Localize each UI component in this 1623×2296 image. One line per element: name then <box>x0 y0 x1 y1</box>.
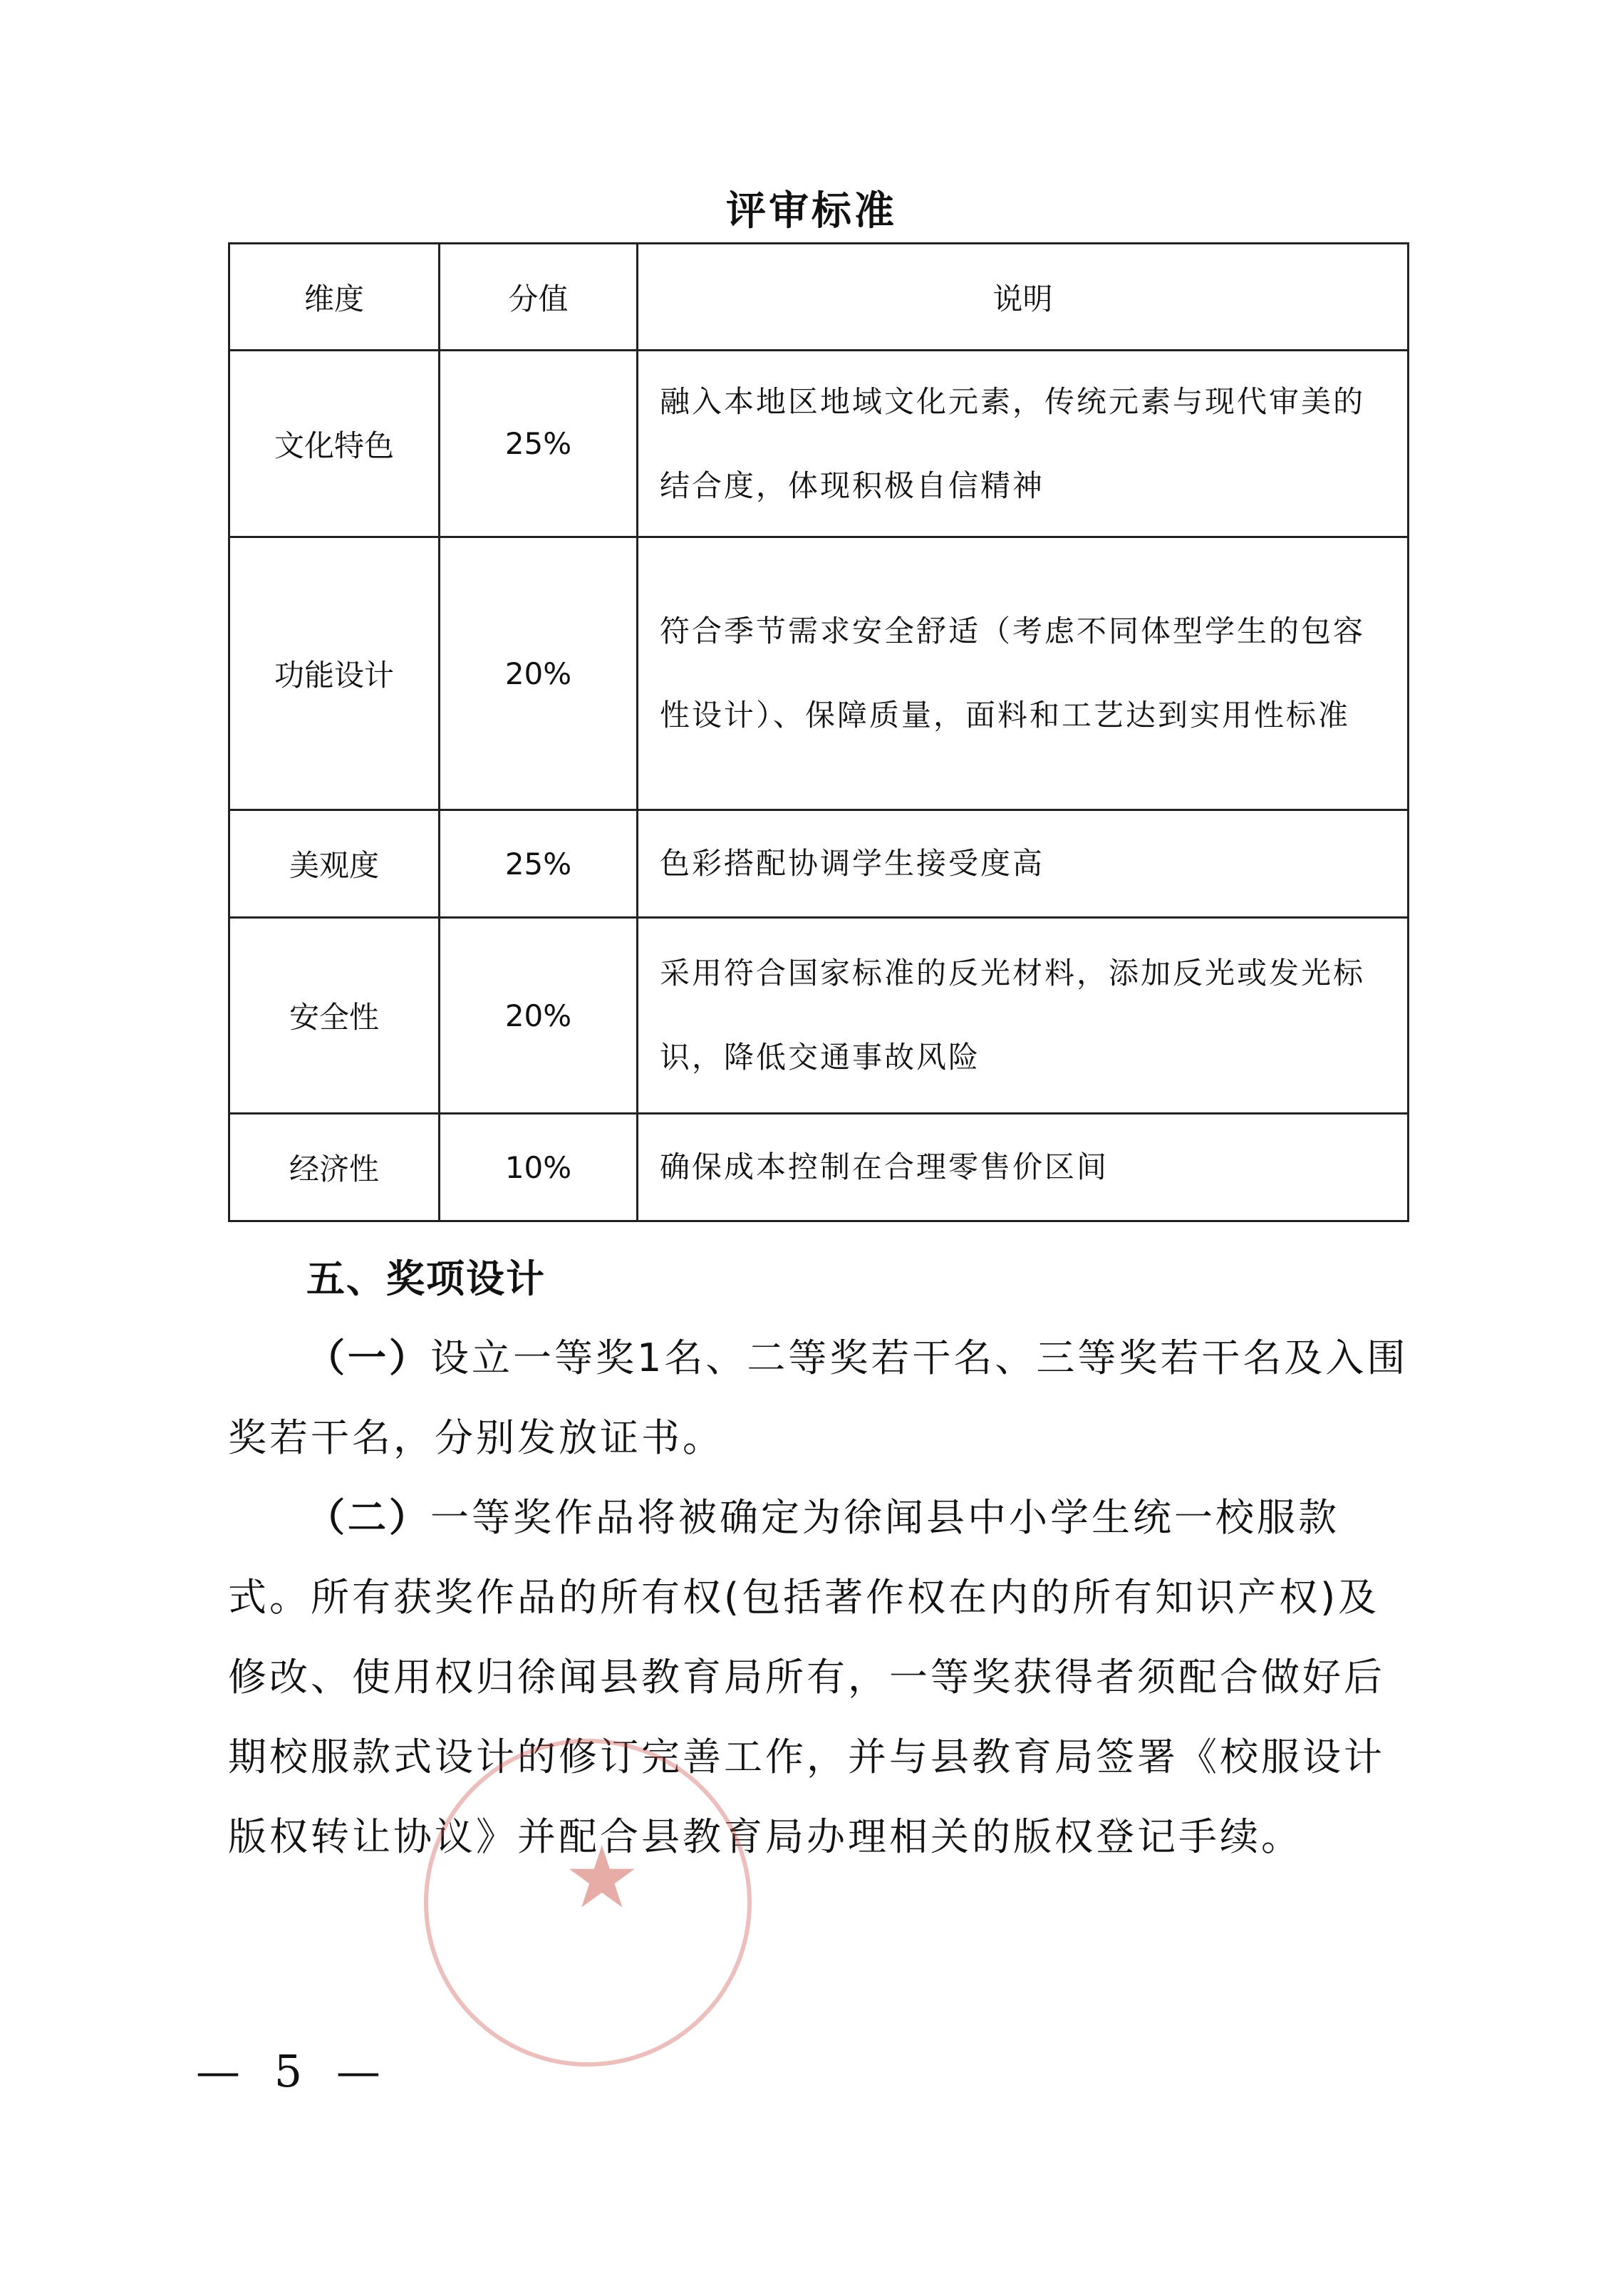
paragraph-lead: （一） <box>306 1335 430 1380</box>
paragraph-1: （一）设立一等奖1名、二等奖若干名、三等奖若干名及入围奖若干名，分别发放证书。 <box>228 1318 1411 1478</box>
row-description: 融入本地区地域文化元素，传统元素与现代审美的结合度，体现积极自信精神 <box>638 351 1409 537</box>
paragraph-lead: （二） <box>306 1495 430 1540</box>
row-description: 确保成本控制在合理零售价区间 <box>638 1114 1409 1221</box>
row-dimension: 经济性 <box>229 1114 440 1221</box>
row-score: 20% <box>440 918 638 1114</box>
row-score: 20% <box>440 537 638 810</box>
table-row: 美观度 25% 色彩搭配协调学生接受度高 <box>229 810 1409 918</box>
section-heading: 五、奖项设计 <box>306 1248 546 1303</box>
row-dimension: 安全性 <box>229 918 440 1114</box>
table-header-row: 维度 分值 说明 <box>229 244 1409 351</box>
header-dimension: 维度 <box>229 244 440 351</box>
row-dimension: 美观度 <box>229 810 440 918</box>
table-title: 评审标准 <box>0 180 1623 237</box>
table-row: 安全性 20% 采用符合国家标准的反光材料，添加反光或发光标识，降低交通事故风险 <box>229 918 1409 1114</box>
row-description: 采用符合国家标准的反光材料，添加反光或发光标识，降低交通事故风险 <box>638 918 1409 1114</box>
row-description: 符合季节需求安全舒适（考虑不同体型学生的包容性设计）、保障质量，面料和工艺达到实… <box>638 537 1409 810</box>
criteria-table: 维度 分值 说明 文化特色 25% 融入本地区地域文化元素，传统元素与现代审美的… <box>228 242 1409 1222</box>
table-row: 经济性 10% 确保成本控制在合理零售价区间 <box>229 1114 1409 1221</box>
table-row: 文化特色 25% 融入本地区地域文化元素，传统元素与现代审美的结合度，体现积极自… <box>229 351 1409 537</box>
official-seal: ★ <box>424 1739 752 2067</box>
row-dimension: 文化特色 <box>229 351 440 537</box>
header-score: 分值 <box>440 244 638 351</box>
page-number: — 5 — <box>196 2045 390 2097</box>
row-description: 色彩搭配协调学生接受度高 <box>638 810 1409 918</box>
header-description: 说明 <box>638 244 1409 351</box>
seal-star-icon: ★ <box>564 1829 641 1928</box>
row-score: 25% <box>440 351 638 537</box>
row-score: 25% <box>440 810 638 918</box>
row-dimension: 功能设计 <box>229 537 440 810</box>
paragraph-2: （二）一等奖作品将被确定为徐闻县中小学生统一校服款式。所有获奖作品的所有权(包括… <box>228 1478 1411 1877</box>
table-row: 功能设计 20% 符合季节需求安全舒适（考虑不同体型学生的包容性设计）、保障质量… <box>229 537 1409 810</box>
row-score: 10% <box>440 1114 638 1221</box>
paragraph-text: 一等奖作品将被确定为徐闻县中小学生统一校服款式。所有获奖作品的所有权(包括著作权… <box>228 1495 1385 1859</box>
